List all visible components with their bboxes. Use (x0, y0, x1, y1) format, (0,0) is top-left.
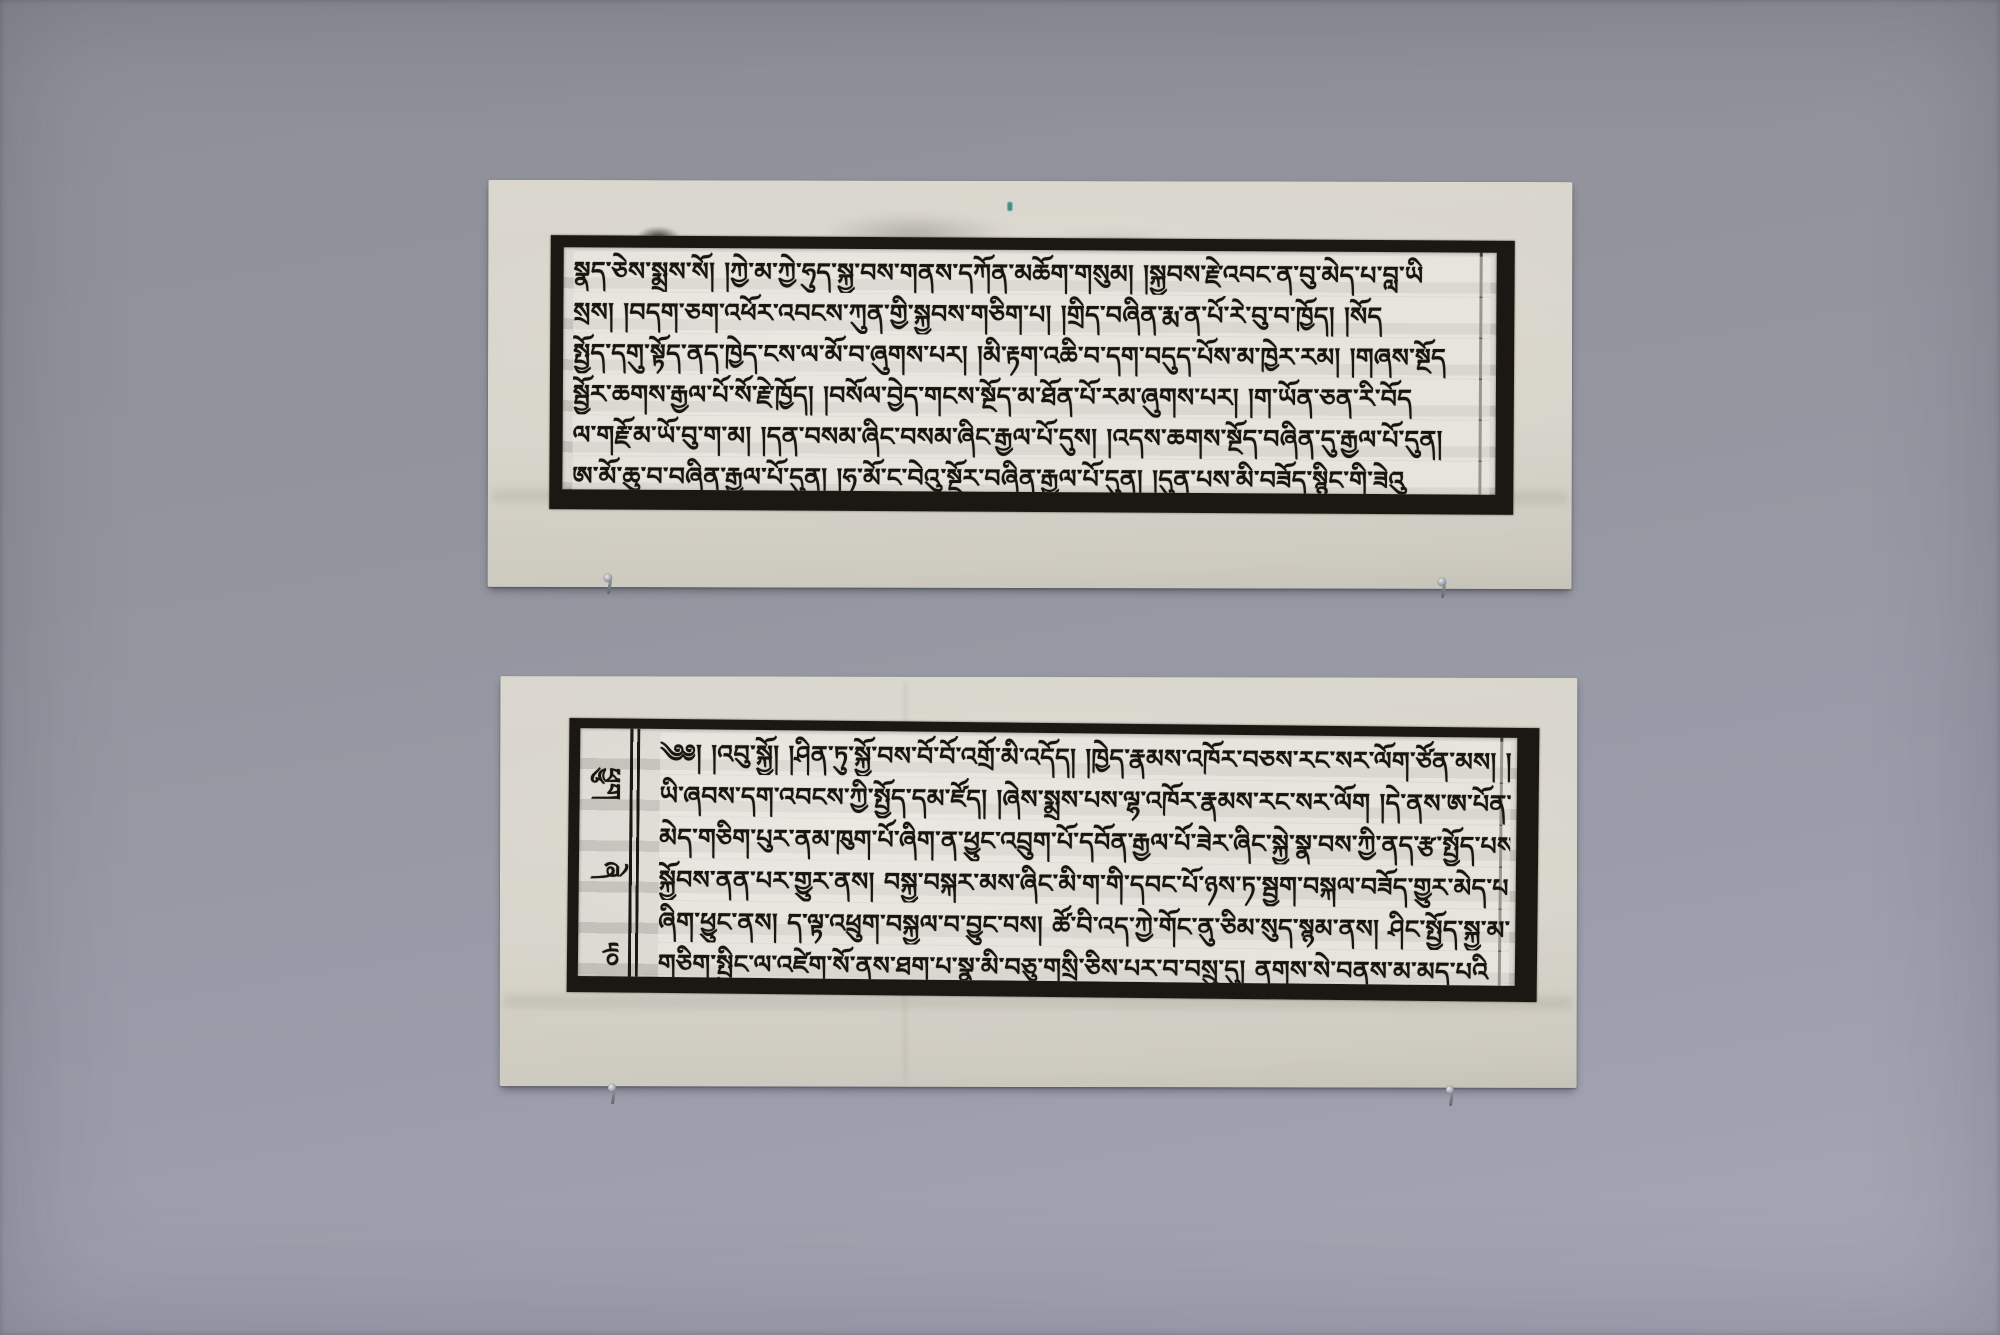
print-frame-top: སྣད་ཅེས་སྨྲས་སོ། །ཀྱེ་མ་ཀྱེ་ཧུད་སྐྱ་བས་ག… (549, 235, 1515, 515)
mounting-pin-bottom-right (1446, 1086, 1456, 1108)
text-line: སྤྱོད་དགུ་སྟོད་ནད་ཁྱེད་ངས་ལ་མོ་བ་ཞུགས་པར… (573, 333, 1490, 378)
text-block-top: སྣད་ཅེས་སྨྲས་སོ། །ཀྱེ་མ་ཀྱེ་ཧུད་སྐྱ་བས་ག… (562, 247, 1496, 495)
manuscript-leaf-top: སྣད་ཅེས་སྨྲས་སོ། །ཀྱེ་མ་ཀྱེ་ཧུད་སྐྱ་བས་ག… (488, 180, 1573, 589)
text-block-bottom: ༄༅། །འབུ་སྐྱོ། །ཤིན་ཏུ་སྐྱོ་བས་བོ་བོ་འགྲ… (648, 729, 1518, 986)
margin-label: ཕྱུག (578, 761, 638, 806)
text-line: སྦྱོར་ཆགས་རྒྱལ་པོ་སོ་རྗེ་ཁྱོད། །བསོལ་བྱེ… (573, 374, 1490, 419)
photograph-background: སྣད་ཅེས་སྨྲས་སོ། །ཀྱེ་མ་ཀྱེ་ཧུད་སྐྱ་བས་ག… (0, 0, 2000, 1335)
mounting-pin-bottom-left (608, 1084, 618, 1106)
text-line: ལ་གརྗོ་མ་ཡོ་བུ་ག་མ། །དན་བསམ་ཞིང་བསམ་ཞིང་… (573, 415, 1490, 460)
teal-mark (1007, 202, 1012, 211)
margin-label: ༥༠ (578, 931, 636, 976)
manuscript-leaf-bottom: ཕྱུག ཞེ ༥༠ ༄༅། །འབུ་སྐྱོ། །ཤིན་ཏུ་སྐྱོ་བ… (500, 676, 1578, 1088)
text-line: སྲས། །བདག་ཅག་འཕོར་འབངས་ཀུན་གྱི་སྐྱབས་གཅི… (573, 292, 1490, 337)
print-frame-bottom: ཕྱུག ཞེ ༥༠ ༄༅། །འབུ་སྐྱོ། །ཤིན་ཏུ་སྐྱོ་བ… (567, 718, 1540, 1002)
text-line: ཨ་མོ་ཆུ་བ་བཞིན་རྒྱལ་པོ་དུན། །ཧ་མོ་ང་བེའུ… (572, 456, 1489, 494)
margin-label: ཞེ (578, 847, 637, 892)
text-line: སྣད་ཅེས་སྨྲས་སོ། །ཀྱེ་མ་ཀྱེ་ཧུད་སྐྱ་བས་ག… (574, 251, 1491, 296)
margin-column: ཕྱུག ཞེ ༥༠ (578, 728, 641, 977)
